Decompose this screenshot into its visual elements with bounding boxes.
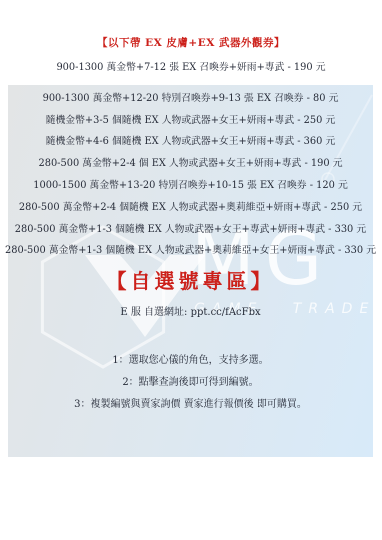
custom-select-url-line: E 服 自選網址: ppt.cc/fAcFbx — [8, 303, 373, 318]
price-item: 900-1300 萬金幣+7-12 張 EX 召喚券+妍雨+專武 - 190 元 — [0, 59, 382, 73]
purchase-steps-list: 1：選取您心儀的角色，支持多選。2：點擊查詢後即可得到編號。3：複製編號與賣家詢… — [8, 347, 373, 413]
price-item: 900-1300 萬金幣+12-20 特別召喚券+9-13 張 EX 召喚券 -… — [8, 86, 373, 108]
purchase-step: 2：點擊查詢後即可得到編號。 — [8, 369, 373, 391]
price-item: 隨機金幣+3-5 個隨機 EX 人物或武器+女王+妍雨+專武 - 250 元 — [8, 108, 373, 130]
purchase-step: 1：選取您心儀的角色，支持多選。 — [8, 347, 373, 369]
price-item: 280-500 萬金幣+2-4 個 EX 人物或武器+女王+妍雨+專武 - 19… — [8, 151, 373, 173]
price-list-page: 【以下帶 EX 皮膚+EX 武器外觀券】 900-1300 萬金幣+7-12 張… — [0, 0, 382, 540]
content-panel: MG GAME TRADE 900-1300 萬金幣+12-20 特別召喚券+9… — [8, 85, 373, 457]
price-item: 280-500 萬金幣+1-3 個隨機 EX 人物或武器+奧莉維亞+女王+妍雨+… — [8, 239, 373, 261]
price-item: 隨機金幣+4-6 個隨機 EX 人物或武器+女王+妍雨+專武 - 360 元 — [8, 130, 373, 152]
purchase-step: 3：複製編號與賣家詢價 賣家進行報價後 即可購買。 — [8, 391, 373, 413]
ex-skin-section-title: 【以下帶 EX 皮膚+EX 武器外觀券】 — [0, 35, 382, 50]
price-item: 280-500 萬金幣+2-4 個隨機 EX 人物或武器+奧莉維亞+妍雨+專武 … — [8, 195, 373, 217]
price-item: 1000-1500 萬金幣+13-20 特別召喚券+10-15 張 EX 召喚券… — [8, 173, 373, 195]
price-list: 900-1300 萬金幣+12-20 特別召喚券+9-13 張 EX 召喚券 -… — [8, 86, 373, 260]
custom-select-section-title: 【自選號專區】 — [8, 265, 373, 294]
price-item: 280-500 萬金幣+1-3 個隨機 EX 人物或武器+女王+專武+妍雨+專武… — [8, 217, 373, 239]
